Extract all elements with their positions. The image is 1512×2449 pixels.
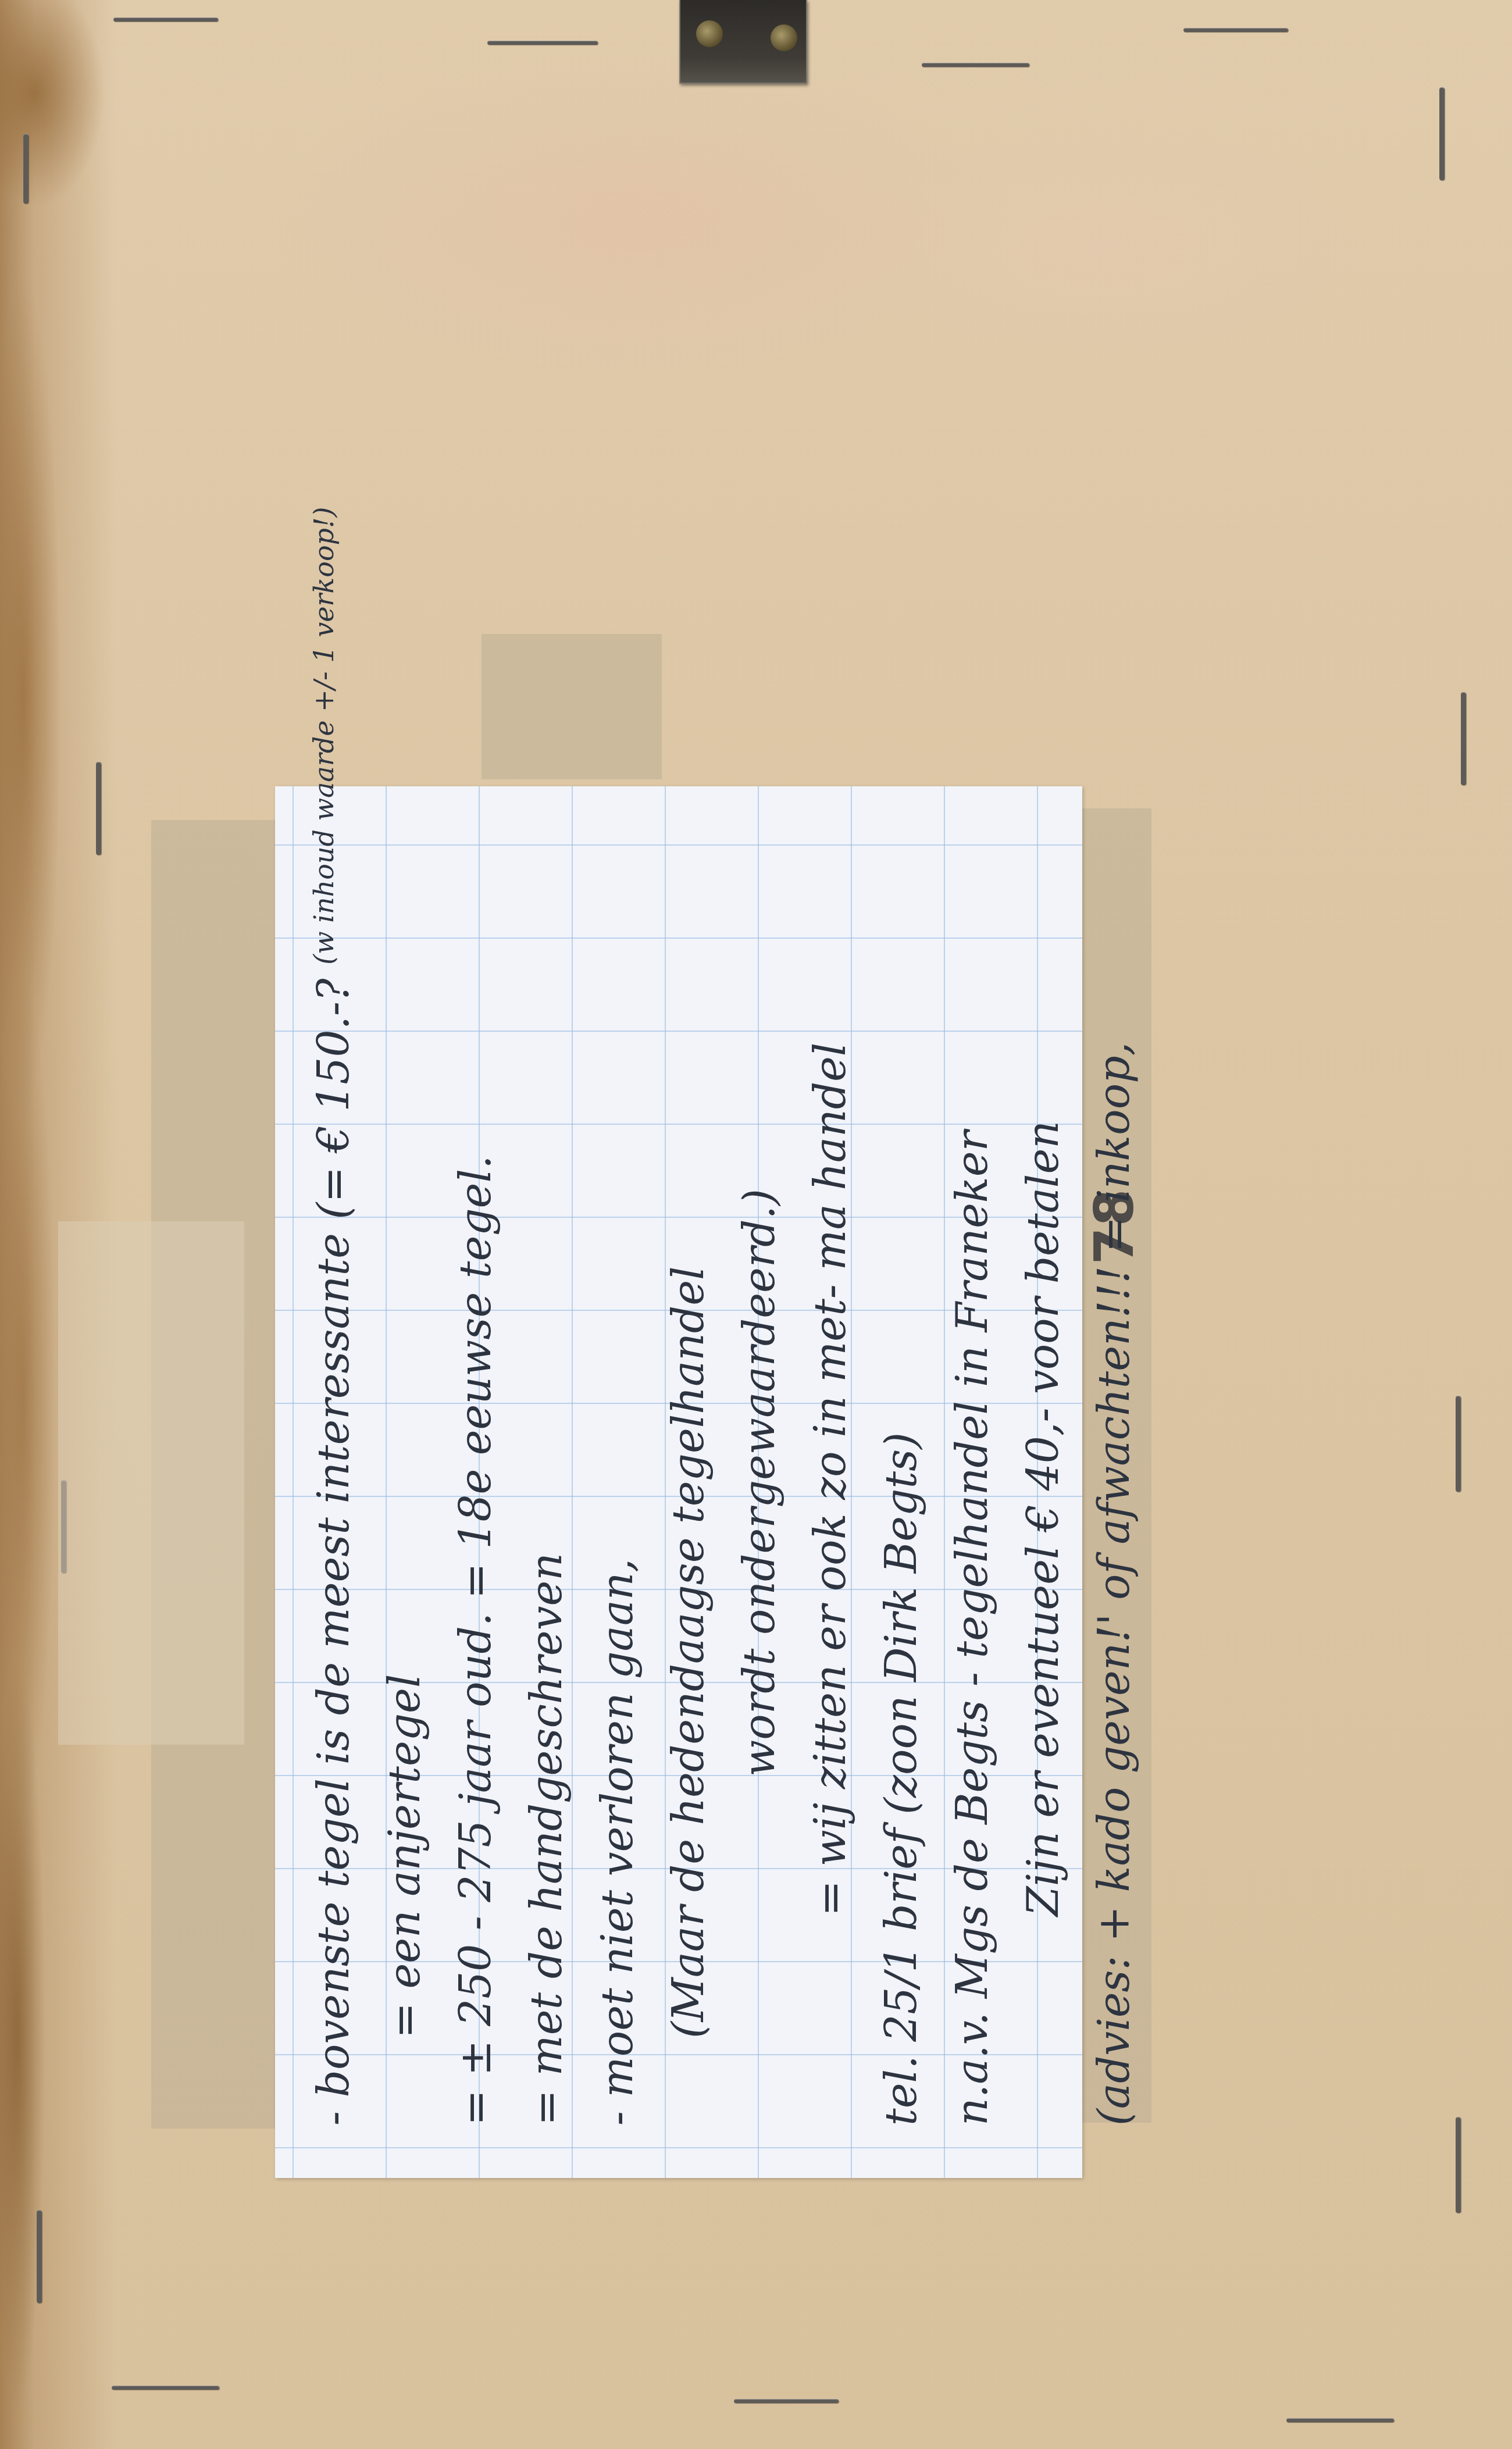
- note-line: (Maar de hedendaagse tegelhandel: [653, 833, 724, 2126]
- staple: [1456, 2117, 1461, 2213]
- note-line: = wij zitten er ook zo in met- ma handel: [795, 833, 866, 2126]
- note-line: - bovenste tegel is de meest interessant…: [298, 833, 369, 2126]
- note-line: (advies: + kado geven!' of afwachten!!! …: [1079, 833, 1150, 2126]
- tape-strip: [58, 1221, 244, 1745]
- handwritten-note: - bovenste tegel is de meest interessant…: [275, 786, 1082, 2178]
- screw: [771, 24, 797, 51]
- note-line: - moet niet verloren gaan,: [582, 833, 653, 2126]
- staple: [23, 134, 28, 204]
- note-aside: (w inhoud waarde +/- 1 verkoop!): [308, 507, 340, 965]
- note-line: Zijn er eventueel € 40,- voor betalen: [1008, 833, 1079, 2126]
- note-text-block: - bovenste tegel is de meest interessant…: [275, 786, 1082, 2178]
- tape-strip: [482, 634, 662, 779]
- note-line: n.a.v. Mgs de Begts - tegelhandel in Fra…: [937, 833, 1008, 2126]
- staple: [922, 63, 1029, 67]
- staple: [734, 2399, 839, 2403]
- staple: [113, 17, 218, 22]
- staple: [96, 762, 101, 855]
- board-backing: 78 - bovenste tegel is de meest interess…: [0, 0, 1512, 2449]
- note-line: = ± 250 - 275 jaar oud. = 18e eeuwse teg…: [440, 833, 511, 2126]
- note-line: wordt ondergewaardeerd.): [724, 833, 795, 2126]
- note-line: = met de handgeschreven: [511, 833, 582, 2126]
- screw: [696, 20, 723, 47]
- staple: [112, 2386, 219, 2390]
- staple: [1286, 2418, 1394, 2422]
- note-line: tel. 25/1 brief (zoon Dirk Begts): [866, 833, 937, 2126]
- staple: [1183, 28, 1288, 32]
- staple: [487, 41, 598, 45]
- staple: [1456, 1396, 1461, 1492]
- hanging-hinge: [679, 0, 807, 84]
- staple: [1461, 692, 1466, 785]
- staple: [1439, 87, 1445, 180]
- staple: [37, 2210, 42, 2303]
- note-line: = een anjertegel: [369, 833, 440, 2126]
